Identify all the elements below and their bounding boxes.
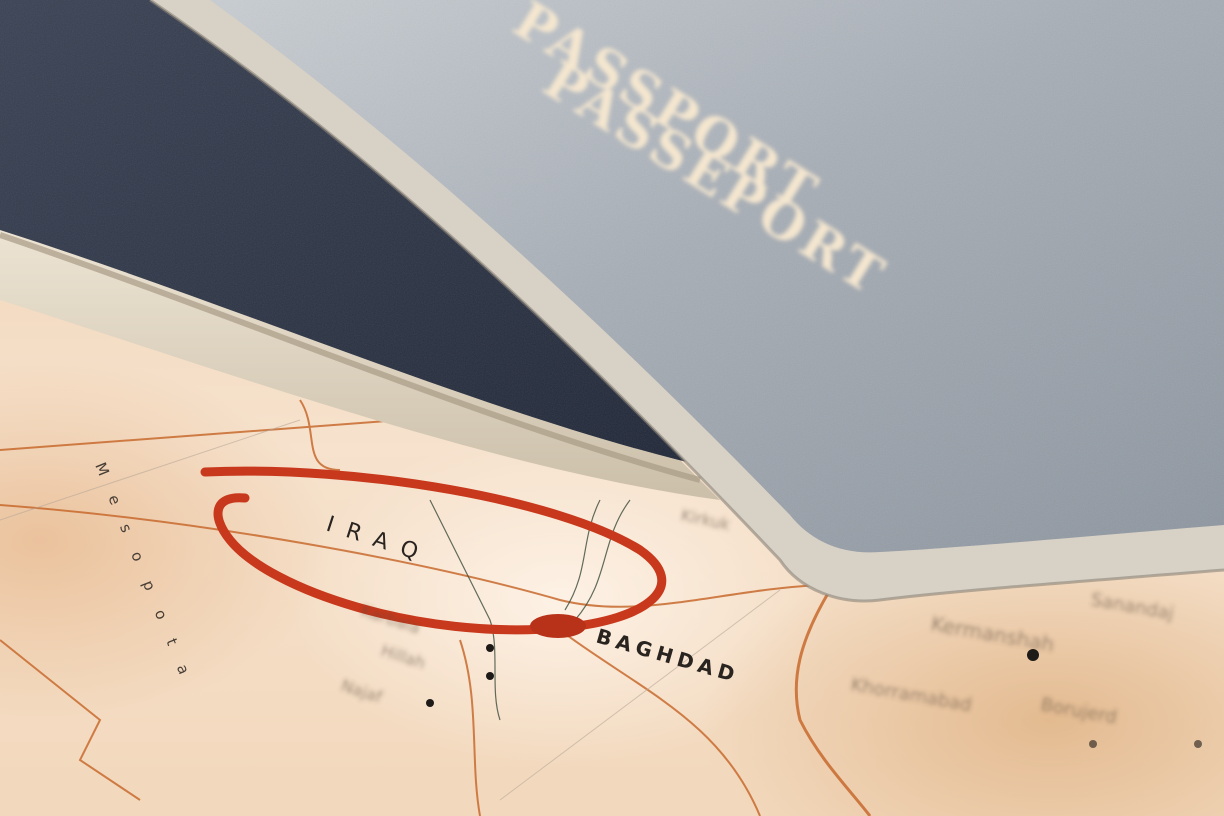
city-sanandaj: Sanandaj [1089, 589, 1175, 624]
capital-label: BAGHDAD [594, 624, 742, 688]
country-label: IRAQ [323, 512, 434, 569]
region-label: Mesopota [91, 460, 201, 698]
city-kirkuk: Kirkuk [679, 505, 732, 534]
city-borujerd: Borujerd [1039, 694, 1118, 728]
baghdad-marker [530, 614, 586, 638]
scene-drawing: IRAQ BAGHDAD Mesopota Karbala Hillah Naj… [0, 0, 1224, 816]
city-karbala: Karbala [359, 601, 423, 638]
photo-scene: IRAQ BAGHDAD Mesopota Karbala Hillah Naj… [0, 0, 1224, 816]
city-najaf: Najaf [339, 676, 385, 707]
svg-text:BAGHDAD: BAGHDAD [594, 624, 742, 688]
city-khorramabad: Khorramabad [849, 674, 973, 716]
svg-text:Mesopota: Mesopota [91, 460, 201, 698]
city-hillah: Hillah [379, 641, 428, 673]
svg-text:IRAQ: IRAQ [323, 512, 434, 569]
city-kermanshah: Kermanshah [929, 611, 1056, 656]
city-dots [426, 644, 1202, 748]
